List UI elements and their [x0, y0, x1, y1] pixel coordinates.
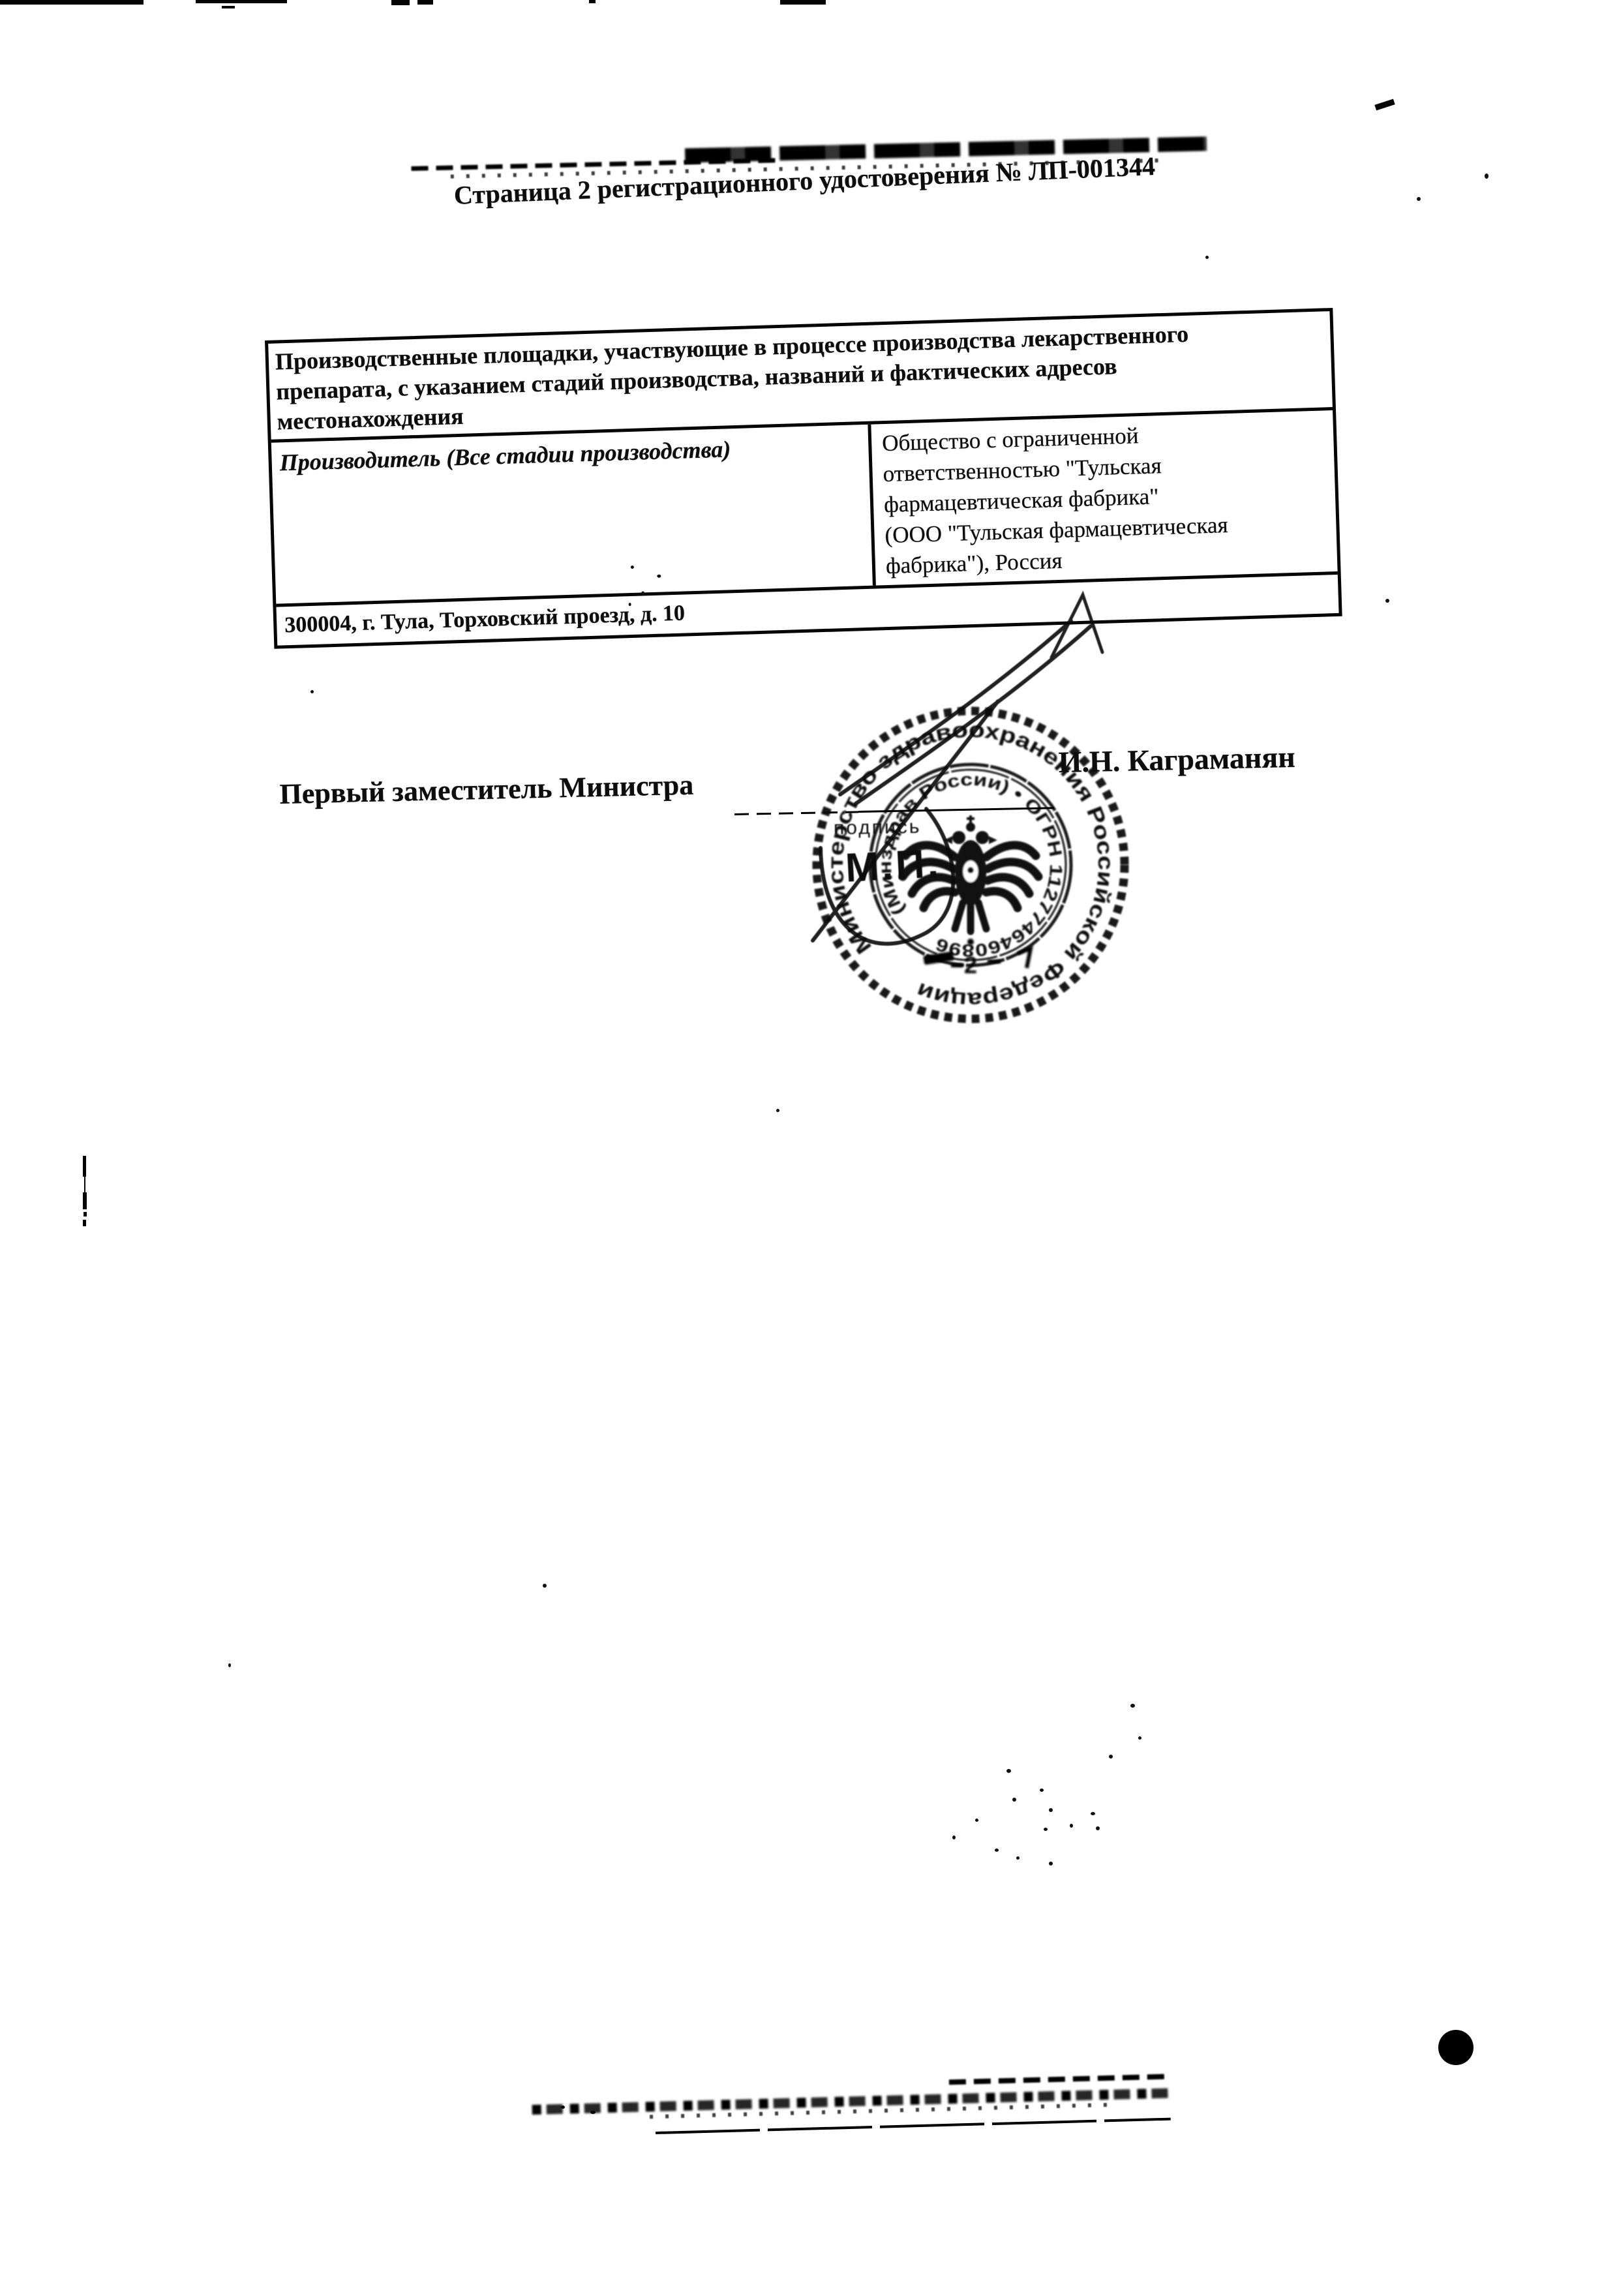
scan-artifact-top-dash	[196, 0, 287, 3]
scan-artifact-top-dash	[391, 0, 410, 5]
scan-artifact-top-dash	[589, 0, 596, 3]
scanned-document-page: Страница 2 регистрационного удостоверени…	[0, 0, 1602, 2296]
scan-artifact-top-dash	[0, 0, 144, 5]
scan-smudge-band-bottom	[532, 2074, 1172, 2143]
scan-artifact-top-dash	[417, 0, 433, 5]
scan-artifact-top-dash	[780, 0, 826, 5]
scan-artifact-top-dash	[222, 6, 235, 8]
producer-value-cell: Общество с ограниченной ответственностью…	[871, 410, 1337, 586]
signature-flourish	[770, 574, 1174, 978]
scan-artifact-mark	[1374, 99, 1395, 111]
black-dot-mark	[1438, 2030, 1474, 2065]
signatory-title: Первый заместитель Министра	[279, 768, 723, 811]
